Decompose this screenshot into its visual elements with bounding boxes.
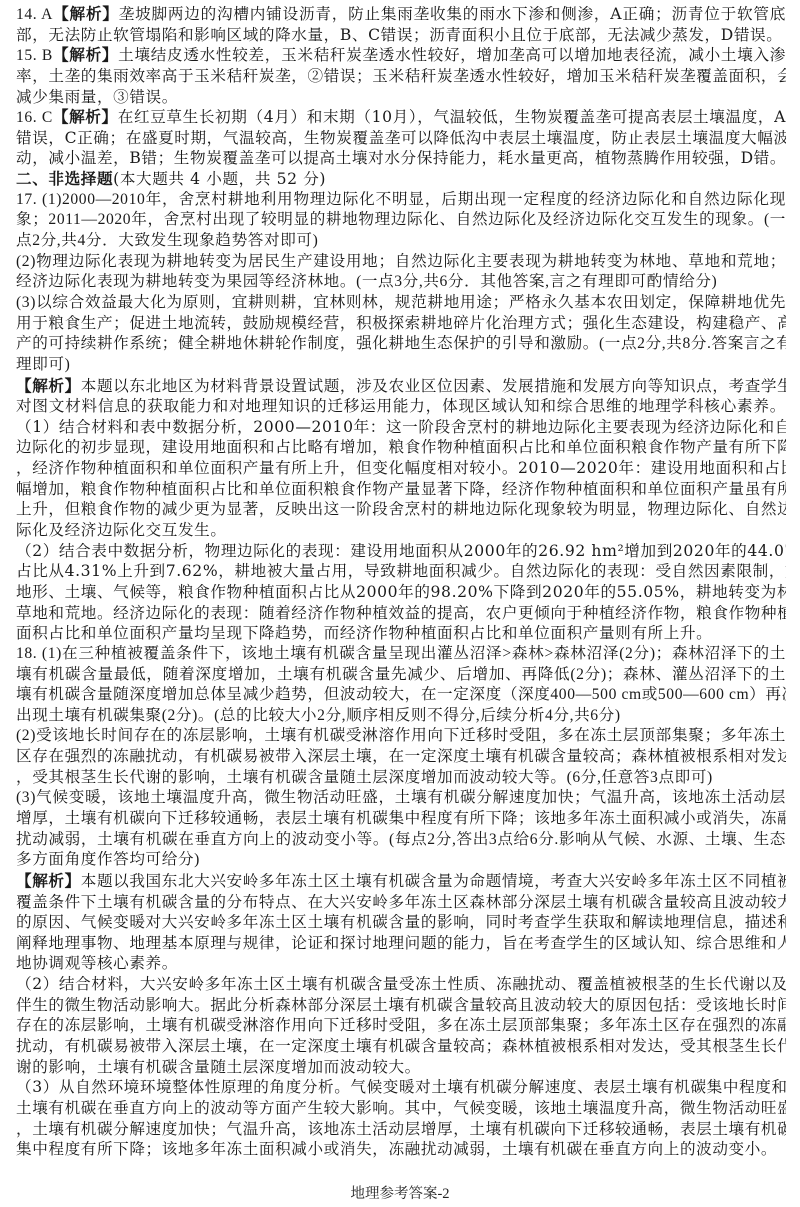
analysis-tag: 【解析】 xyxy=(53,5,119,23)
q18-analysis-line: 存在的冻层影响，土壤有机碳受淋溶作用向下迁移时受阻，多在冻土层顶部集聚；多年冻土… xyxy=(16,1015,786,1036)
q17-analysis-line: 地形、土壤、气候等，粮食作物种植面积占比从2000年的98.20%下降到2020… xyxy=(16,582,786,603)
section-subtitle: (本大题共 4 小题，共 52 分) xyxy=(113,170,326,188)
page-content: 14. A【解析】垄坡脚两边的沟槽内铺设沥青，防止集雨垄收集的雨水下渗和侧渗，A… xyxy=(16,4,786,1160)
q18-answer-line: 多方面角度作答均可给分) xyxy=(16,850,786,871)
q18-analysis-line: 扰动，有机碳易被带入深层土壤，在一定深度土壤有机碳含量较高；森林植被根系相对发达… xyxy=(16,1036,786,1057)
q16-line-1: 16. C【解析】在红豆草生长初期（4月）和末期（10月），气温较低，生物炭覆盖… xyxy=(16,107,786,128)
q18-analysis-line: ，土壤有机碳分解速度加快；气温升高，该地冻土活动层增厚，土壤有机碳向下迁移较通畅… xyxy=(16,1119,786,1140)
q16-line-2: 错误，C正确；在盛夏时期，气温较高，生物炭覆盖垄可以降低沟中表层土壤温度，防止表… xyxy=(16,128,786,149)
q18-answer-line: 区存在强烈的冻融扰动，有机碳易被带入深层土壤，在一定深度土壤有机碳含量较高；森林… xyxy=(16,747,786,768)
q18-analysis-line: 伴生的微生物活动影响大。据此分析森林部分深层土壤有机碳含量较高且波动较大的原因包… xyxy=(16,995,786,1016)
q17-analysis-line: （1）结合材料和表中数据分析，2000—2010年：这一阶段舍烹村的耕地边际化主… xyxy=(16,417,786,438)
q14-number: 14. A xyxy=(16,6,53,23)
q15-line-3: 减少集雨量，③错误。 xyxy=(16,87,786,108)
q15-number: 15. B xyxy=(16,47,53,64)
q18-analysis-line: 谢的影响，土壤有机碳含量随土层深度增加而波动较大。 xyxy=(16,1057,786,1078)
q17-answer-line: 产的可持续耕作系统；健全耕地休耕轮作制度，强化耕地生态保护的引导和激励。(一点2… xyxy=(16,334,786,355)
q17-answer-line: (3)以综合效益最大化为原则，宜耕则耕，宜林则林，规范耕地用途；严格永久基本农田… xyxy=(16,293,786,314)
q17-analysis-line: 草地和荒地。经济边际化的表现：随着经济作物种植效益的提高，农户更倾向于种植经济作… xyxy=(16,603,786,624)
q18-analysis-line: 【解析】本题以我国东北大兴安岭多年冻土区土壤有机碳含量为命题情境，考查大兴安岭多… xyxy=(16,871,786,892)
q18-analysis-line: 阐释地理事物、地理基本原理与规律，论证和探讨地理问题的能力，旨在考查学生的区域认… xyxy=(16,933,786,954)
q18-analysis-line: 集中程度有所下降；该地多年冻土面积减小或消失，冻融扰动减弱，土壤有机碳在垂直方向… xyxy=(16,1139,786,1160)
q18-analysis-line: （2）结合材料，大兴安岭多年冻土区土壤有机碳含量受冻土性质、冻融扰动、覆盖植被根… xyxy=(16,974,786,995)
q17-answer-line: 象；2011—2020年，舍烹村出现了较明显的耕地物理边际化、自然边际化及经济边… xyxy=(16,210,786,231)
analysis-tag: 【解析】 xyxy=(53,108,118,126)
q18-answer-line: 增厚，土壤有机碳向下迁移较通畅，表层土壤有机碳集中程度有所下降；该地多年冻土面积… xyxy=(16,809,786,830)
q17-answer-line: 用于粮食生产；促进土地流转，鼓励规模经营，积极探索耕地碎片化治理方式；强化生态建… xyxy=(16,314,786,335)
q18-answer-line: (3)气候变暖，该地土壤温度升高，微生物活动旺盛，土壤有机碳分解速度加快；气温升… xyxy=(16,788,786,809)
q16-number: 16. C xyxy=(16,109,53,126)
q18-answer-line: 壤有机碳含量最低，随着深度增加，土壤有机碳含量先减少、后增加、再降低(2分)；森… xyxy=(16,665,786,686)
q14-line-2: 部，无法防止软管塌陷和影响区域的降水量，B、C错误；沥青面积小且位于底部，无法减… xyxy=(16,25,786,46)
analysis-tag: 【解析】 xyxy=(16,377,81,395)
section-title: 二、非选择题 xyxy=(16,170,113,188)
q18-analysis-text: 本题以我国东北大兴安岭多年冻土区土壤有机碳含量为命题情境，考查大兴安岭多年冻土区… xyxy=(81,872,786,890)
page-footer: 地理参考答案-2 xyxy=(0,1182,800,1203)
q18-analysis-line: 覆盖条件下土壤有机碳含量的分布特点、在大兴安岭多年冻土区森林部分深层土壤有机碳含… xyxy=(16,892,786,913)
q18-analysis-line: 土壤有机碳在垂直方向上的波动等方面产生较大影响。其中，气候变暖，该地土壤温度升高… xyxy=(16,1098,786,1119)
q15-line-1: 15. B【解析】土壤结皮透水性较差，玉米秸秆炭垄透水性较好，增加垄高可以增加地… xyxy=(16,45,786,66)
q16-text: 在红豆草生长初期（4月）和末期（10月），气温较低，生物炭覆盖垄可提高表层土壤温… xyxy=(118,108,786,126)
answer-key-page: 14. A【解析】垄坡脚两边的沟槽内铺设沥青，防止集雨垄收集的雨水下渗和侧渗，A… xyxy=(0,0,800,1207)
q17-answer-line: 理即可) xyxy=(16,355,786,376)
analysis-tag: 【解析】 xyxy=(16,872,81,890)
q18-analysis-line: 地协调观等核心素养。 xyxy=(16,953,786,974)
q17-analysis-line: 【解析】本题以东北地区为材料背景设置试题，涉及农业区位因素、发展措施和发展方向等… xyxy=(16,376,786,397)
q14-text: 垄坡脚两边的沟槽内铺设沥青，防止集雨垄收集的雨水下渗和侧渗，A正确；沥青位于软管… xyxy=(119,5,786,23)
q15-text: 土壤结皮透水性较差，玉米秸秆炭垄透水性较好，增加垄高可以增加地表径流，减小土壤入… xyxy=(118,46,786,64)
q17-answer-line: 经济边际化表现为耕地转变为果园等经济林地。(一点3分,共6分．其他答案,言之有理… xyxy=(16,272,786,293)
q17-analysis-line: 上升，但粮食作物的减少更为显著，反映出这一阶段舍烹村的耕地边际化现象较为明显，物… xyxy=(16,499,786,520)
q15-line-2: 率，土垄的集雨效率高于玉米秸秆炭垄，②错误；玉米秸秆炭垄透水性较好，增加玉米秸秆… xyxy=(16,66,786,87)
q17-analysis-line: 占比从4.31%上升到7.62%，耕地被大量占用，导致耕地面积减少。自然边际化的… xyxy=(16,561,786,582)
q18-analysis-line: （3）从自然环境环境整体性原理的角度分析。气候变暖对土壤有机碳分解速度、表层土壤… xyxy=(16,1077,786,1098)
q14-line-1: 14. A【解析】垄坡脚两边的沟槽内铺设沥青，防止集雨垄收集的雨水下渗和侧渗，A… xyxy=(16,4,786,25)
q17-analysis-line: （2）结合表中数据分析，物理边际化的表现：建设用地面积从2000年的26.92 … xyxy=(16,541,786,562)
q18-answer-line: (2)受该地长时间存在的冻层影响，土壤有机碳受淋溶作用向下迁移时受阻，多在冻土层… xyxy=(16,726,786,747)
q17-analysis-line: 幅增加，粮食作物种植面积占比和单位面积粮食作物产量显著下降，经济作物种植面积和单… xyxy=(16,479,786,500)
q18-answer-line: 壤有机碳含量随深度增加总体呈减少趋势，但波动较大，在一定深度（深度400—500… xyxy=(16,685,786,706)
q17-analysis-line: 边际化的初步显现，建设用地面积和占比略有增加，粮食作物种植面积占比和单位面积粮食… xyxy=(16,437,786,458)
q17-answer-line: 17. (1)2000—2010年，舍烹村耕地利用物理边际化不明显，后期出现一定… xyxy=(16,190,786,211)
q17-analysis-line: 面积占比和单位面积产量均呈现下降趋势，而经济作物种植面积占比和单位面积产量则有所… xyxy=(16,623,786,644)
q17-answer-line: (2)物理边际化表现为耕地转变为居民生产建设用地；自然边际化主要表现为耕地转变为… xyxy=(16,252,786,273)
q17-analysis-line: 际化及经济边际化交互发生。 xyxy=(16,520,786,541)
q18-analysis-line: 的原因、气候变暖对大兴安岭多年冻土区土壤有机碳含量的影响，同时考查学生获取和解读… xyxy=(16,912,786,933)
q17-analysis-text: 本题以东北地区为材料背景设置试题，涉及农业区位因素、发展措施和发展方向等知识点，… xyxy=(81,377,786,395)
q16-line-3: 动，减小温差，B错；生物炭覆盖垄可以提高土壤对水分保持能力，耗水量更高，植物蒸腾… xyxy=(16,148,786,169)
q17-analysis-line: 对图文材料信息的获取能力和对地理知识的迁移运用能力，体现区域认知和综合思维的地理… xyxy=(16,396,786,417)
section-heading: 二、非选择题(本大题共 4 小题，共 52 分) xyxy=(16,169,786,190)
q18-answer-line: ，受其根茎生长代谢的影响，土壤有机碳含量随土层深度增加而波动较大等。(6分,任意… xyxy=(16,768,786,789)
q17-answer-line: 点2分,共4分．大致发生现象趋势答对即可) xyxy=(16,231,786,252)
q18-answer-line: 18. (1)在三种植被覆盖条件下，该地土壤有机碳含量呈现出灌丛沼泽>森林>森林… xyxy=(16,644,786,665)
analysis-tag: 【解析】 xyxy=(53,46,118,64)
q18-answer-line: 出现土壤有机碳集聚(2分)。(总的比较大小2分,顺序相反则不得分,后续分析4分,… xyxy=(16,706,786,727)
q18-answer-line: 扰动减弱，土壤有机碳在垂直方向上的波动变小等。(每点2分,答出3点给6分.影响从… xyxy=(16,830,786,851)
q17-analysis-line: ，经济作物种植面积和单位面积产量有所上升，但变化幅度相对较小。2010—2020… xyxy=(16,458,786,479)
